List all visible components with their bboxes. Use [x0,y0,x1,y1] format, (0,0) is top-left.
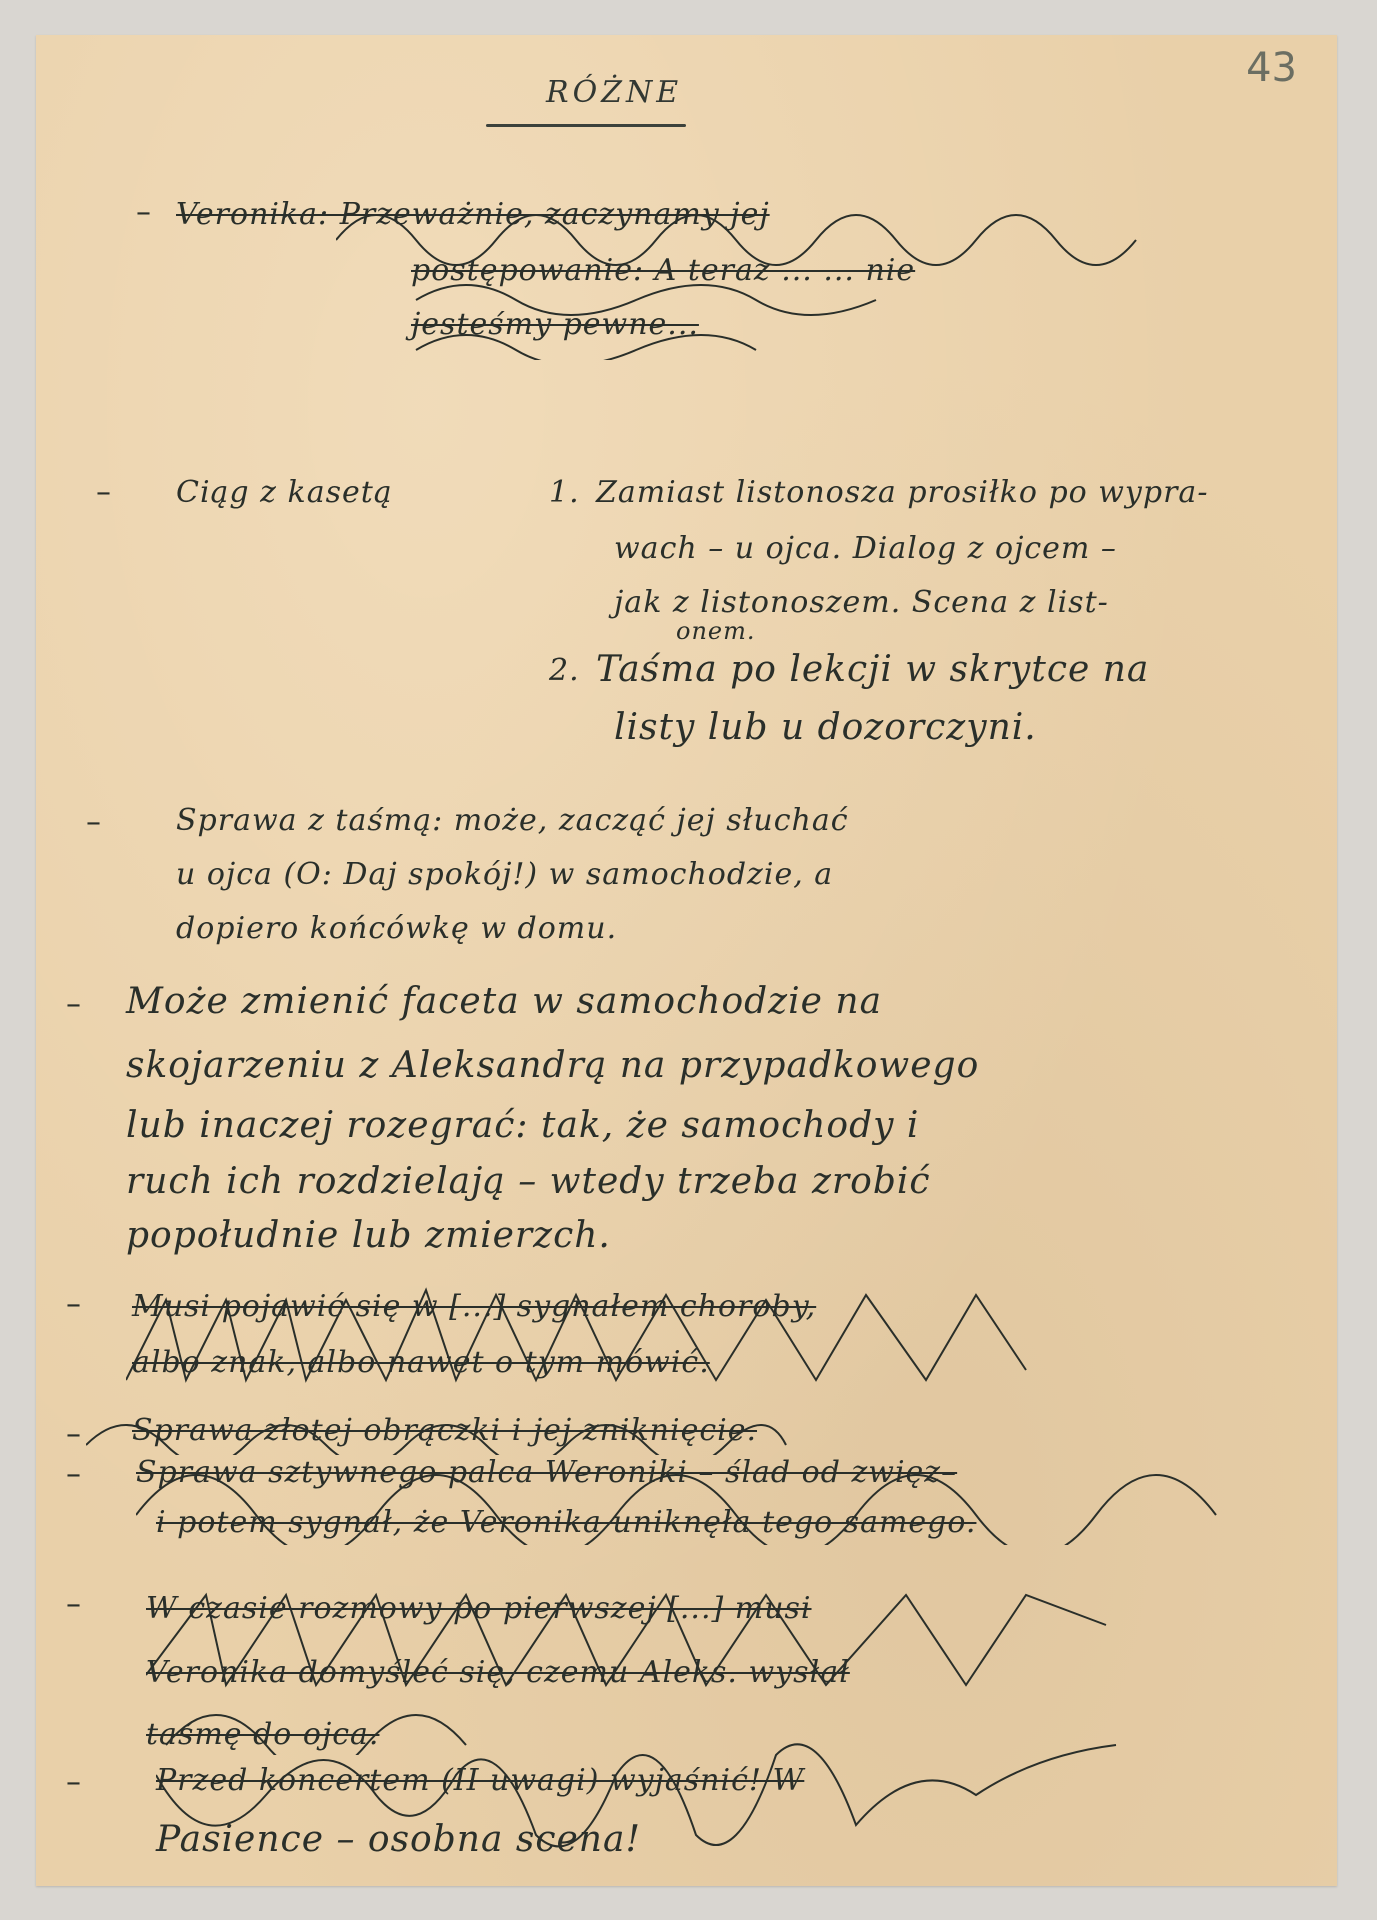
note-line: lub inaczej rozegrać: tak, że samochody … [126,1105,919,1146]
list-dash: – [66,1457,81,1492]
page-title: RÓŻNE [546,75,682,110]
list-dash: – [66,1287,81,1322]
note-line: jesteśmy pewne... [411,307,699,342]
list-dash: – [66,1587,81,1622]
note-line: Musi pojawić się w [...] sygnałem chorob… [132,1289,816,1324]
note-line: Taśma po lekcji w skrytce na [596,649,1149,690]
note-line: Może zmienić faceta w samochodzie na [126,981,882,1022]
note-line: i potem sygnał, że Veronika uniknęła teg… [156,1505,976,1540]
list-dash: – [66,987,81,1022]
note-line: listy lub u dozorczyni. [614,707,1037,748]
subitem-number: 1. [549,475,580,510]
note-line: postępowanie: A teraz ... ... nie [411,253,915,288]
note-line: ruch ich rozdzielają – wtedy trzeba zrob… [126,1161,931,1202]
list-dash: – [136,195,151,230]
note-line: popołudnie lub zmierzch. [126,1215,611,1256]
note-line: u ojca (O: Daj spokój!) w samochodzie, a [176,857,833,892]
section-heading: Ciąg z kasetą [176,475,393,510]
subitem-number: 2. [549,653,580,688]
note-line: wach – u ojca. Dialog z ojcem – [614,531,1117,566]
list-dash: – [86,805,101,840]
page-number: 43 [1246,45,1297,91]
note-line: Sprawa z taśmą: może, zacząć jej słuchać [176,803,849,838]
note-line: Pasience – osobna scena! [156,1819,641,1860]
list-dash: – [96,475,111,510]
list-dash: – [66,1765,81,1800]
note-line: dopiero końcówkę w domu. [176,911,617,946]
list-dash: – [66,1417,81,1452]
title-underline [486,124,686,127]
note-line: onem. [676,617,756,645]
note-line: taśmę do ojca. [146,1717,379,1752]
note-line: skojarzeniu z Aleksandrą na przypadkoweg… [126,1045,979,1086]
note-line: Sprawa sztywnego palca Weroniki – ślad o… [136,1455,957,1490]
note-line: W czasie rozmowy po pierwszej [...] musi [146,1591,812,1626]
note-line: albo znak, albo nawet o tym mówić. [132,1345,710,1380]
note-line: Veronika domyśleć się, czemu Aleks. wysł… [146,1655,850,1690]
note-line: jak z listonoszem. Scena z list- [614,585,1109,620]
note-line: Veronika: Przeważnie, zaczynamy jej [176,197,770,232]
manuscript-page: 43 RÓŻNE – Veronika: Przeważnie, zaczyna… [36,35,1337,1886]
note-line: Sprawa złotej obrączki i jej zniknięcie. [132,1413,757,1448]
note-line: Zamiast listonosza prosiłko po wypra- [596,475,1208,510]
note-line: Przed koncertem (II uwagi) wyjaśnić! W [156,1763,804,1798]
